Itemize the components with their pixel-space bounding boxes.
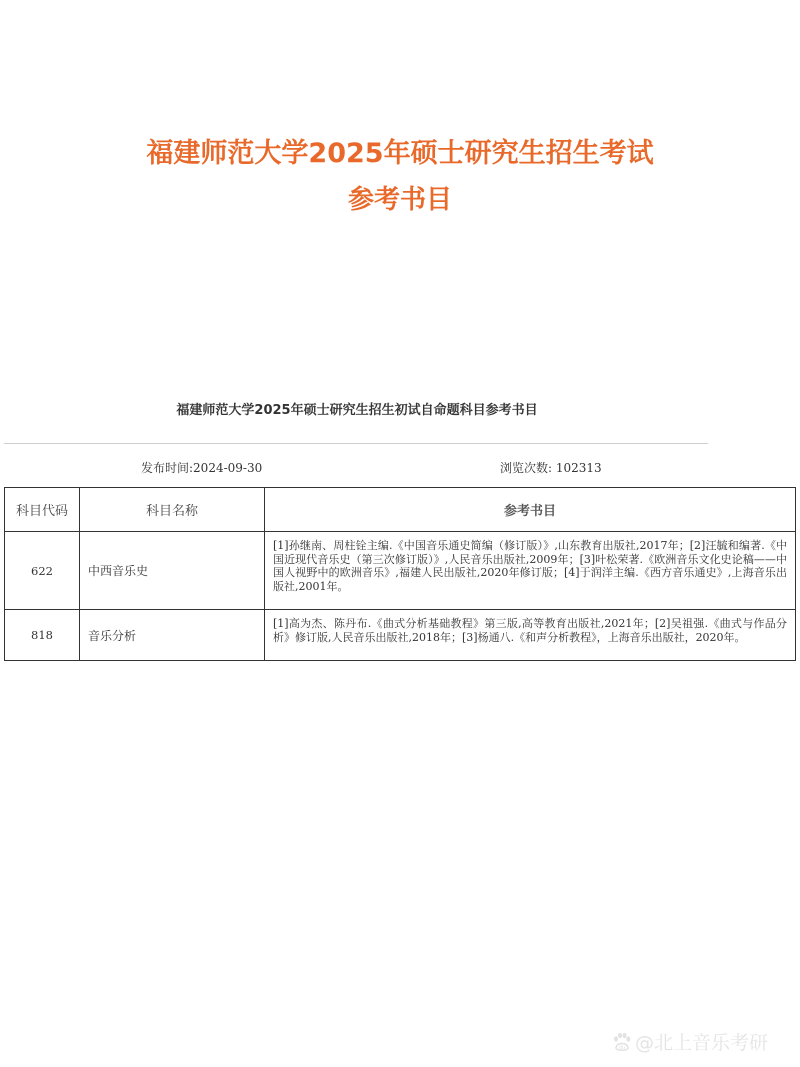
baidu-paw-icon: du [612,1032,632,1052]
publish-date: 发布时间:2024-09-30 [141,459,262,476]
table-row: 818 音乐分析 [1]高为杰、陈丹布.《曲式分析基础教程》第三版,高等教育出版… [5,610,796,661]
hero-subtitle: 参考书目 [0,182,800,218]
header-code: 科目代码 [5,488,80,532]
watermark: du @北上音乐考研 [612,1028,768,1055]
subject-name: 音乐分析 [80,610,265,661]
reference-books: [1]孙继南、周柱铨主编.《中国音乐通史简编（修订版）》,山东教育出版社,201… [265,532,796,610]
watermark-text: @北上音乐考研 [635,1028,768,1055]
reference-books: [1]高为杰、陈丹布.《曲式分析基础教程》第三版,高等教育出版社,2021年；[… [265,610,796,661]
header-name: 科目名称 [80,488,265,532]
subject-code: 622 [5,532,80,610]
hero-title: 福建师范大学2025年硕士研究生招生考试 [0,136,800,172]
article-title: 福建师范大学2025年硕士研究生招生初试自命题科目参考书目 [0,399,714,418]
svg-text:du: du [619,1045,625,1051]
subject-name: 中西音乐史 [80,532,265,610]
table-header-row: 科目代码 科目名称 参考书目 [5,488,796,532]
subject-code: 818 [5,610,80,661]
view-count: 浏览次数: 102313 [500,459,602,476]
reference-table: 科目代码 科目名称 参考书目 622 中西音乐史 [1]孙继南、周柱铨主编.《中… [4,487,796,661]
table-row: 622 中西音乐史 [1]孙继南、周柱铨主编.《中国音乐通史简编（修订版）》,山… [5,532,796,610]
header-books: 参考书目 [265,488,796,532]
divider [4,443,708,444]
